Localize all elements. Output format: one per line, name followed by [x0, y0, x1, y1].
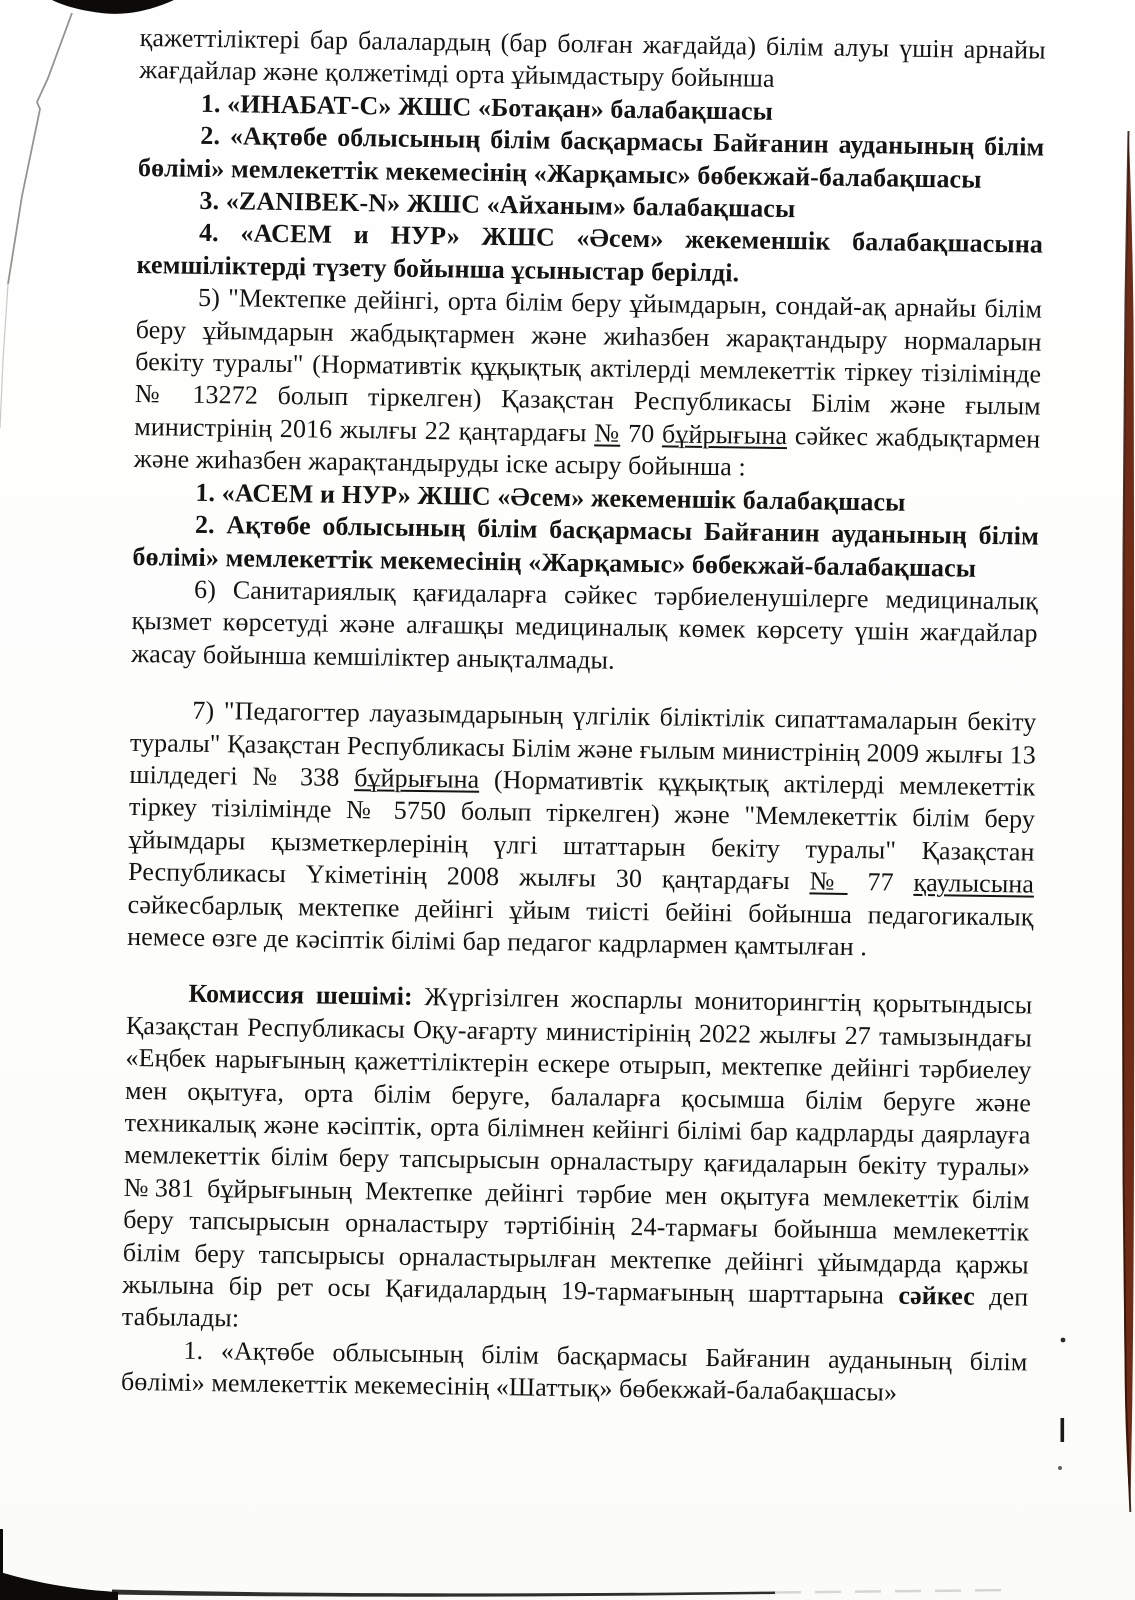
text-segment: Жүргізілген жоспарлы мониторингтің қорыт… — [122, 982, 1032, 1309]
bold-text: Комиссия шешімі: — [188, 979, 413, 1011]
text-segment: қажеттіліктері бар балалардың (бар болға… — [139, 23, 1046, 93]
text-segment: 77 — [848, 867, 914, 897]
spine-edge-strip-border — [1123, 131, 1131, 1512]
underlined-text: № — [809, 867, 848, 897]
underlined-text: № — [594, 418, 620, 447]
bold-text: 1. «ИНАБАТ-С» ЖШС «Ботақан» балабақшасы — [201, 89, 774, 126]
text-segment: 1. «Ақтөбе облысының білім басқармасы Ба… — [121, 1336, 1028, 1407]
ink-speck — [1061, 1338, 1066, 1343]
spine-edge-strip — [1123, 131, 1134, 1512]
ink-speck-bar — [1061, 1418, 1065, 1442]
bottom-shadow-corner — [0, 1572, 118, 1600]
underlined-text: қаулысына — [913, 868, 1034, 899]
left-edge-line — [0, 1529, 3, 1600]
bottom-shadow-band — [112, 1590, 775, 1597]
corner-fold-artifact — [52, 0, 174, 14]
paragraph-12: 1. «Ақтөбе облысының білім басқармасы Ба… — [121, 1334, 1028, 1411]
bold-text: сәйкес — [898, 1281, 975, 1311]
page-edge-hairline-faint — [0, 284, 8, 428]
underlined-text: бұйрығына — [662, 419, 788, 450]
text-segment: сәйкесбарлық мектепке дейінгі ұйым тиіст… — [127, 889, 1034, 961]
ink-speck — [1058, 1466, 1062, 1470]
scanned-page: қажеттіліктері бар балалардың (бар болға… — [0, 0, 1135, 1600]
document-text: қажеттіліктері бар балалардың (бар болға… — [121, 22, 1046, 1411]
bold-text: 2. «Ақтөбе облысының білім басқармасы Ба… — [138, 121, 1045, 193]
page-edge-hairline — [8, 13, 72, 284]
bold-text: 2. Ақтөбе облысының білім басқармасы Бай… — [132, 510, 1039, 582]
text-segment: 70 — [620, 419, 662, 449]
paragraph-9: 6) Санитариялық қағидаларға сәйкес тәрби… — [131, 573, 1038, 683]
paragraph-11: Комиссия шешімі: Жүргізілген жоспарлы мо… — [122, 977, 1033, 1346]
bold-text: 4. «АСЕМ и НУР» ЖШС «Әсем» жекеменшік ба… — [136, 218, 1043, 287]
bottom-shadow-fade — [775, 1590, 1015, 1593]
underlined-text: бұйрығына — [354, 763, 480, 794]
paragraph-6: 5) "Мектепке дейінгі, орта білім беру ұй… — [134, 281, 1043, 488]
text-segment: 6) Санитариялық қағидаларға сәйкес тәрби… — [131, 575, 1038, 675]
paragraph-10: 7) "Педагогтер лауазымдарының үлгілік бі… — [127, 694, 1037, 966]
paragraph-1: қажеттіліктері бар балалардың (бар болға… — [139, 22, 1046, 99]
